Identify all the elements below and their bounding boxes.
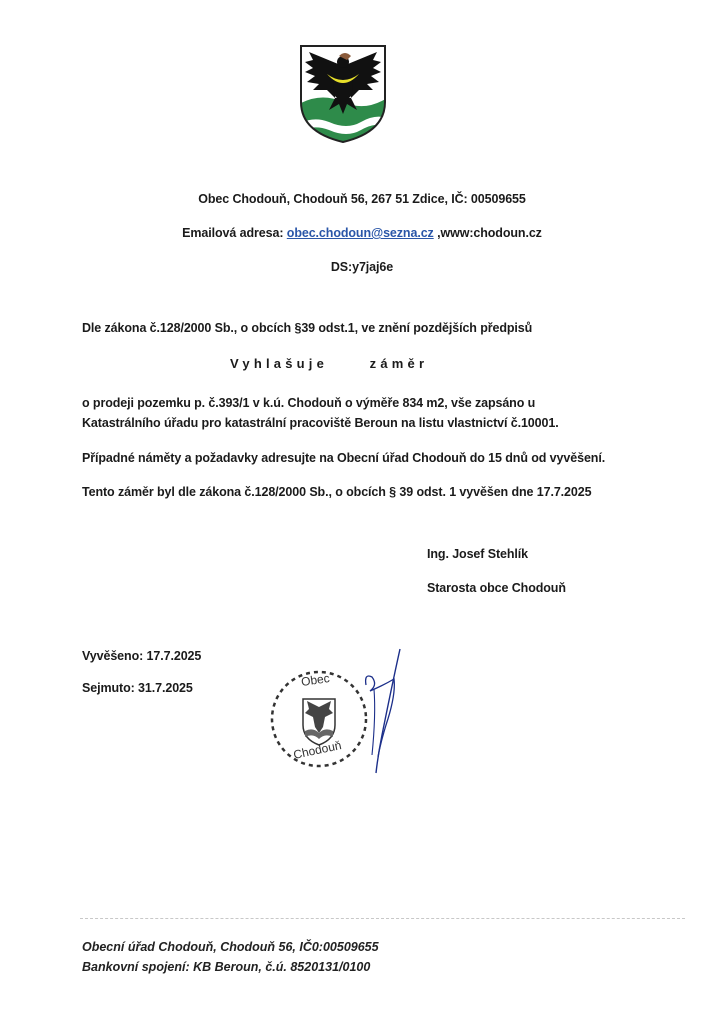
- removed-date: Sejmuto: 31.7.2025: [82, 681, 193, 695]
- contact-line: Emailová adresa: obec.chodoun@sezna.cz ,…: [0, 226, 724, 240]
- coat-of-arms-icon: [299, 44, 387, 144]
- address-line: Obec Chodouň, Chodouň 56, 267 51 Zdice, …: [0, 192, 724, 206]
- handwritten-signature: [362, 645, 412, 775]
- signatory-role: Starosta obce Chodouň: [427, 581, 566, 595]
- posted-date: Vyvěšeno: 17.7.2025: [82, 649, 201, 663]
- email-link[interactable]: obec.chodoun@sezna.cz: [287, 226, 434, 240]
- paragraph-sale-line2: Katastrálního úřadu pro katastrální prac…: [82, 416, 559, 430]
- footer-bank-line: Bankovní spojení: KB Beroun, č.ú. 852013…: [82, 960, 370, 974]
- paragraph-sale-line1: o prodeji pozemku p. č.393/1 v k.ú. Chod…: [82, 396, 535, 410]
- data-box-id: DS:y7jaj6e: [0, 260, 724, 274]
- law-intro: Dle zákona č.128/2000 Sb., o obcích §39 …: [82, 321, 532, 335]
- web-address: ,www:chodoun.cz: [434, 226, 542, 240]
- paragraph-posting: Tento záměr byl dle zákona č.128/2000 Sb…: [82, 485, 591, 499]
- title-word-1: Vyhlašuje: [230, 356, 328, 371]
- document-title: Vyhlašuje záměr: [230, 356, 428, 371]
- paragraph-submissions: Případné náměty a požadavky adresujte na…: [82, 451, 605, 465]
- official-stamp: Obec Chodouň: [267, 667, 371, 771]
- email-label: Emailová adresa:: [182, 226, 287, 240]
- signatory-name: Ing. Josef Stehlík: [427, 547, 528, 561]
- footer-divider: [80, 918, 685, 919]
- footer-office-line: Obecní úřad Chodouň, Chodouň 56, IČ0:005…: [82, 940, 379, 954]
- title-word-2: záměr: [370, 356, 429, 371]
